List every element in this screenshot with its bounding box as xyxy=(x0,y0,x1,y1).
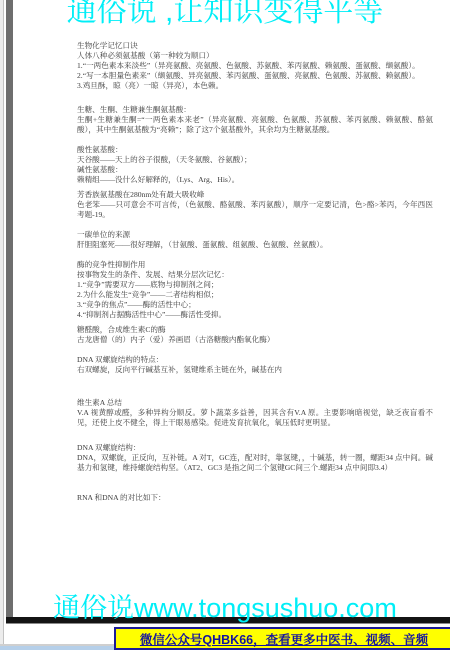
doc-paragraph: DNA 双螺旋结构： DNA，双螺旋，正反向，互补链。A 对T，GC连，配对时，… xyxy=(77,443,433,473)
page-left-border xyxy=(6,0,13,623)
wechat-banner-text: 微信公众号QHBK66，查看更多中医书、视频、音频 xyxy=(140,630,428,648)
doc-paragraph: 一碳单位的来源 肝胆阻塞死——很好理解，（甘氨酸、蛋氨酸、组氨酸、色氨酸、丝氨酸… xyxy=(77,230,433,250)
wechat-banner[interactable]: 微信公众号QHBK66，查看更多中医书、视频、音频 xyxy=(114,627,450,650)
doc-paragraph: 糖醛酸，合成维生素C的酶 古龙唐僧（的）内子（爱）养画眉（古洛糖酸内酯氧化酶） xyxy=(77,325,433,345)
doc-paragraph: DNA 双螺旋结构的特点： 右双螺旋，反向平行碱基互补，氢键维系主链在外，碱基在… xyxy=(77,355,433,375)
doc-paragraph: 酸性氨基酸： 天谷酸——天上的谷子很酸，（天冬氨酸、谷氨酸）； 碱性氨基酸： 赖… xyxy=(77,145,433,185)
doc-paragraph: 生物化学记忆口诀 人体八种必须氨基酸（第一种较为顺口） 1.“一两色素本来淡些”… xyxy=(77,41,433,91)
document-viewer: { "page": { "header_title": "通俗说 ,让知识变得平… xyxy=(0,0,450,650)
doc-paragraph: 生糖、生酮、生糖兼生酮氨基酸： 生酮+生糖兼生酮=“一两色素本来老”（异亮氨酸、… xyxy=(77,105,433,135)
footer-site-link[interactable]: 通俗说www.tongsushuo.com xyxy=(53,586,397,625)
window-left-edge xyxy=(0,0,4,650)
doc-paragraph: RNA 和DNA 的对比如下： xyxy=(77,493,433,503)
doc-paragraph: 芳香族氨基酸在280nm处有最大吸收峰 色老笨——只可意会不可言传，（色氨酸、酪… xyxy=(77,190,433,220)
doc-paragraph: 酶的竞争性抑制作用 按事物发生的条件、发展、结果分层次记忆： 1.“竞争”需要双… xyxy=(77,260,433,320)
doc-paragraph: 维生素A 总结 V.A 视黄醇或醛，多种异构分顺反。萝卜蔬菜多益善，因其含有V.… xyxy=(77,398,433,428)
document-text: 生物化学记忆口诀 人体八种必须氨基酸（第一种较为顺口） 1.“一两色素本来淡些”… xyxy=(77,41,433,503)
page-header-title: 通俗说 ,让知识变得平等 xyxy=(67,0,384,30)
